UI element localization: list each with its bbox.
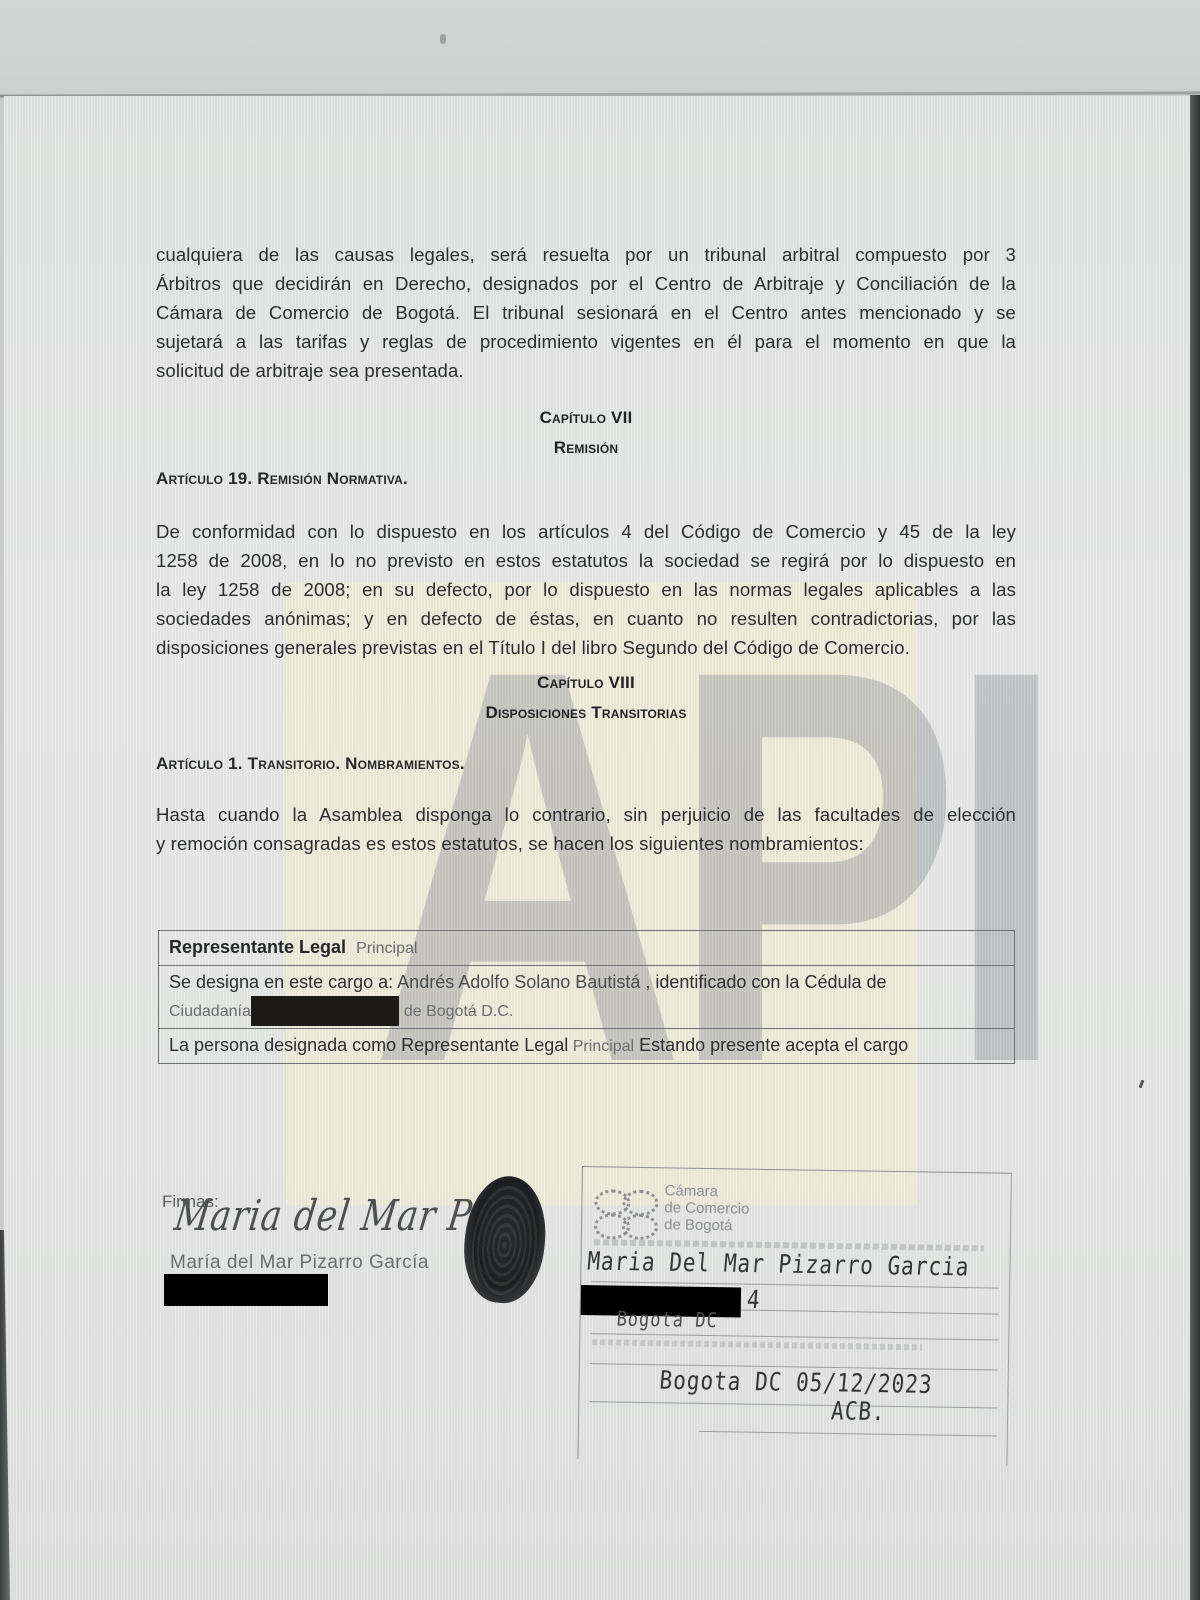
signer-printed-name: María del Mar Pizarro García [170,1252,429,1274]
stamp-id-suffix: 4 [746,1285,762,1314]
monitor-bezel-right [1190,95,1200,1600]
document-body: cualquiera de las causas legales, será r… [156,240,1016,858]
arbitration-paragraph: cualquiera de las causas legales, será r… [156,240,1016,385]
stamp-handwritten-city: Bogota DC [616,1308,719,1334]
chamber-of-commerce-stamp: Cámara de Comercio de Bogotá Maria Del M… [577,1166,1012,1466]
article-19-paragraph: De conformidad con lo dispuesto en los a… [156,517,1016,662]
stamp-fine-print [592,1339,922,1350]
table-header-row: Representante Legal Principal [159,931,1014,965]
chamber-logo-icon [594,1187,661,1240]
article-1-heading: Artículo 1. Transitorio. Nombramientos. [156,754,1016,774]
stamp-rule [699,1431,997,1437]
stamp-organization: Cámara de Comercio de Bogotá [664,1182,750,1234]
stamp-handwritten-name: Maria Del Mar Pizarro Garcia [586,1247,970,1282]
chapter-8-title: Disposiciones Transitorias [156,698,1016,728]
table-acceptance-row: La persona designada como Representante … [159,1028,1014,1063]
chapter-7-title: Remisión [156,433,1016,463]
article-1-paragraph: Hasta cuando la Asamblea disponga lo con… [156,800,1016,858]
article-19-heading: Artículo 19. Remisión Normativa. [156,469,1016,489]
stamp-place-date: Bogota DC 05/12/2023 [658,1366,933,1399]
appointment-table: Representante Legal Principal Se designa… [158,930,1015,1064]
photo-backdrop [0,0,1200,98]
chapter-8-number: Capítulo VIII [156,668,1016,698]
handwritten-signature: Maria del Mar P. [171,1191,480,1241]
redacted-id-number [251,996,399,1026]
stamp-rule [589,1401,997,1408]
chapter-7-number: Capítulo VII [156,403,1016,433]
dust-speck [440,34,446,44]
table-designation-row: Se designa en este cargo a: Andrés Adolf… [159,965,1014,1028]
redacted-signer-id [164,1274,328,1306]
stamp-initials: ACB. [830,1397,887,1427]
appointee-name: Andrés Adolfo Solano Bautistá [397,972,640,992]
